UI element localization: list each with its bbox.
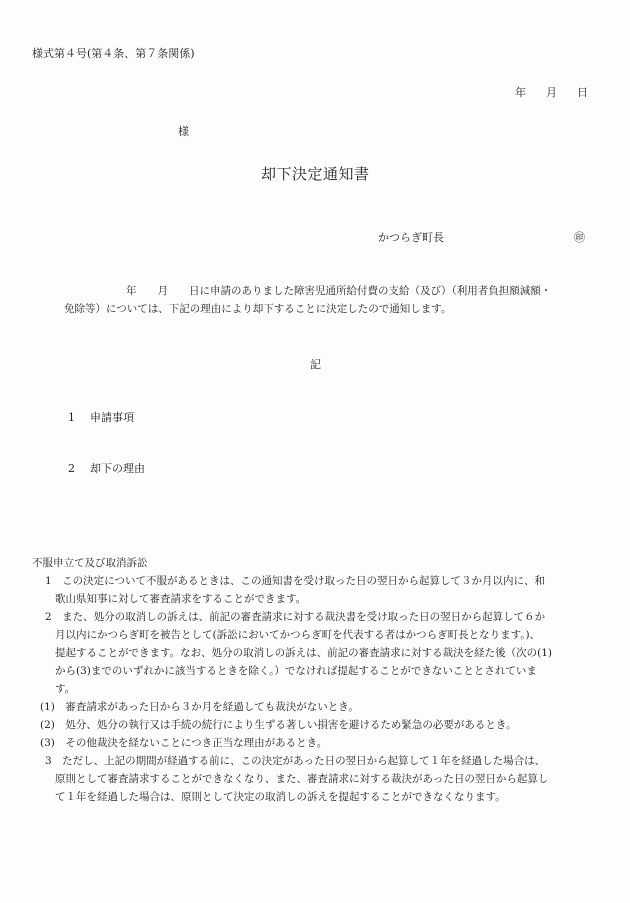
appeal-line: て１年を経過した場合は、原則として決定の取消しの訴えを提起することができなくなり… xyxy=(45,788,612,806)
appeal-paragraph-2: 2 また、処分の取消しの訴えは、前記の審査請求に対する裁決書を受け取った日の翌日… xyxy=(32,608,612,698)
condition-item: (2) 処分、処分の執行又は手続の続行により生ずる著しい損害を避けるため緊急の必… xyxy=(40,716,612,734)
appeal-line: から(3)までのいずれかに該当するときを除く。）でなければ提起することができない… xyxy=(45,662,612,680)
notice-body-line: 免除等）については、下記の理由により却下することに決定したので通知します。 xyxy=(64,300,604,318)
appeal-paragraph-3: 3 ただし、上記の期間が経過する前に、この決定があった日の翌日から起算して１年を… xyxy=(32,752,612,806)
notice-body: 年 月 日に申請のありました障害児通所給付費の支給（及び）（利用者負担額減額・ … xyxy=(64,282,604,318)
addressee-suffix: 様 xyxy=(178,125,189,139)
appeal-heading: 不服申立て及び取消訴訟 xyxy=(32,554,612,572)
appeal-line: 提起することができます。なお、処分の取消しの訴えは、前記の審査請求に対する裁決を… xyxy=(45,644,612,662)
appeal-paragraph-1: 1 この決定について不服があるときは、この通知書を受け取った日の翌日から起算して… xyxy=(32,572,612,608)
appeal-line: 歌山県知事に対して審査請求をすることができます。 xyxy=(45,590,612,608)
item-label: 申請事項 xyxy=(90,411,134,424)
form-number: 様式第４号(第４条、第７条関係) xyxy=(32,47,195,61)
date-month: 月 xyxy=(546,86,577,100)
ki-heading: 記 xyxy=(310,358,321,372)
condition-item: (1) 審査請求があった日から３か月を経過しても裁決がないとき。 xyxy=(40,698,612,716)
appeal-line: 月以内にかつらぎ町を被告として(訴訟においてかつらぎ町を代表する者はかつらぎ町長… xyxy=(45,626,612,644)
appeal-line: 2 また、処分の取消しの訴えは、前記の審査請求に対する裁決書を受け取った日の翌日… xyxy=(45,608,612,626)
appeal-line: す。 xyxy=(45,680,612,698)
notice-body-line: 年 月 日に申請のありました障害児通所給付費の支給（及び）（利用者負担額減額・ xyxy=(64,282,604,300)
seal-mark: ㊞ xyxy=(574,231,585,245)
appeal-line: 原則として審査請求することができなくなり、また、審査請求に対する裁決があった日の… xyxy=(45,770,612,788)
issuer-name: かつらぎ町長 xyxy=(378,231,444,245)
date-day: 日 xyxy=(577,86,588,100)
appeal-conditions: (1) 審査請求があった日から３か月を経過しても裁決がないとき。 (2) 処分、… xyxy=(32,698,612,752)
item-rejection-reason: 2却下の理由 xyxy=(68,462,145,476)
document-title: 却下決定通知書 xyxy=(261,164,370,184)
item-label: 却下の理由 xyxy=(90,462,145,475)
item-number: 1 xyxy=(68,411,90,425)
item-application: 1申請事項 xyxy=(68,411,134,425)
date-year: 年 xyxy=(515,86,546,100)
date-line: 年月日 xyxy=(515,86,588,100)
appeal-section: 不服申立て及び取消訴訟 1 この決定について不服があるときは、この通知書を受け取… xyxy=(32,554,612,806)
appeal-line: 3 ただし、上記の期間が経過する前に、この決定があった日の翌日から起算して１年を… xyxy=(45,752,612,770)
item-number: 2 xyxy=(68,462,90,476)
appeal-line: 1 この決定について不服があるときは、この通知書を受け取った日の翌日から起算して… xyxy=(45,572,612,590)
condition-item: (3) その他裁決を経ないことにつき正当な理由があるとき。 xyxy=(40,734,612,752)
